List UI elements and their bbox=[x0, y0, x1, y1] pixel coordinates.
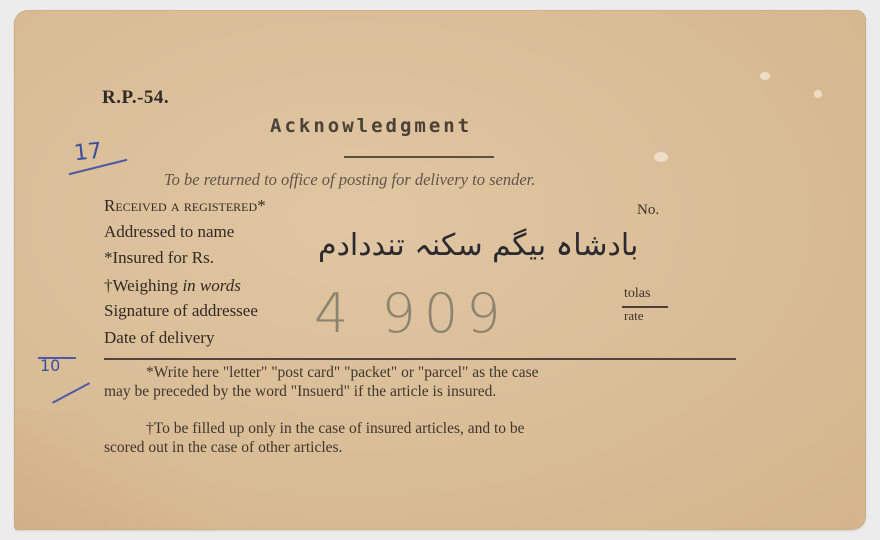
document-title: Acknowledgment bbox=[270, 115, 472, 137]
field-signature: Signature of addressee bbox=[104, 301, 258, 321]
field-weighing: †Weighing in words bbox=[104, 276, 241, 296]
field-weighing-note: in words bbox=[182, 276, 240, 295]
field-received: Received a registered* bbox=[104, 196, 266, 216]
weight-unit-rate: rate bbox=[624, 308, 643, 324]
handwritten-urdu-address: بادشاہ بیگم سکنہ تنددادم bbox=[318, 228, 638, 263]
footnote-2-line-1: †To be filled up only in the case of ins… bbox=[146, 420, 525, 438]
field-weighing-label: †Weighing bbox=[104, 276, 178, 295]
footnote-1-line-1: *Write here "letter" "post card" "packet… bbox=[146, 364, 539, 382]
field-addressed-to: Addressed to name bbox=[104, 222, 234, 242]
instruction-text: To be returned to office of posting for … bbox=[164, 170, 535, 190]
paper-scuff bbox=[814, 90, 822, 98]
footnote-1-line-2: may be preceded by the word "Insuerd" if… bbox=[104, 383, 496, 401]
title-underline bbox=[344, 156, 494, 158]
number-label: No. bbox=[637, 202, 659, 219]
weight-unit-tolas: tolas bbox=[624, 286, 650, 302]
handwritten-pencil-number: 4 909 bbox=[314, 282, 509, 345]
handwritten-number-17: 17 bbox=[73, 139, 103, 167]
handwritten-number-10: 10 bbox=[40, 356, 60, 375]
form-code: R.P.-54. bbox=[102, 87, 169, 109]
section-divider bbox=[104, 358, 736, 360]
paper-scuff bbox=[654, 152, 668, 162]
field-date-of-delivery: Date of delivery bbox=[104, 328, 214, 348]
paper-scuff bbox=[760, 72, 770, 80]
field-insured-for: *Insured for Rs. bbox=[104, 248, 214, 268]
footnote-2-line-2: scored out in the case of other articles… bbox=[104, 439, 342, 457]
